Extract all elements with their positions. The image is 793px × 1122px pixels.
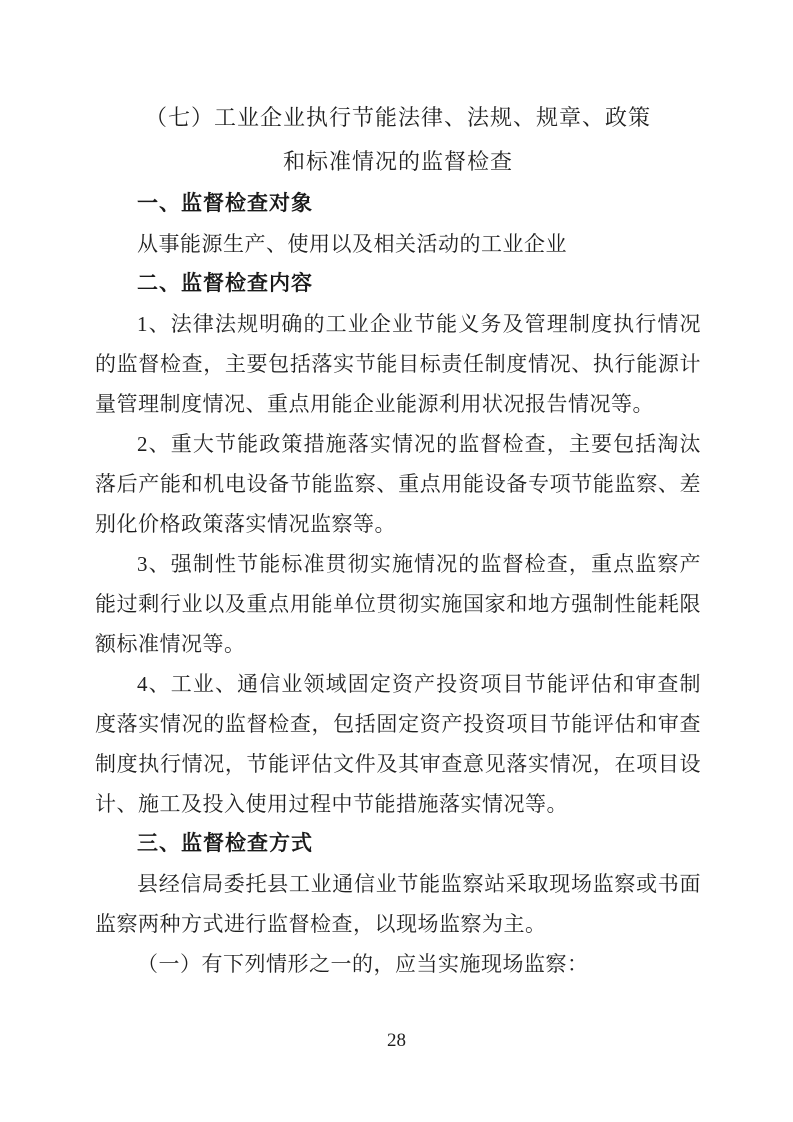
document-title: （七）工业企业执行节能法律、法规、规章、政策 和标准情况的监督检查 <box>95 96 701 184</box>
document-page: （七）工业企业执行节能法律、法规、规章、政策 和标准情况的监督检查 一、监督检查… <box>0 0 793 1122</box>
paragraph: 2、重大节能政策措施落实情况的监督检查，主要包括淘汰落后产能和机电设备节能监察、… <box>95 424 701 544</box>
section-heading: 二、监督检查内容 <box>95 264 701 304</box>
paragraph: 3、强制性节能标准贯彻实施情况的监督检查，重点监察产能过剩行业以及重点用能单位贯… <box>95 544 701 664</box>
section-heading: 一、监督检查对象 <box>95 184 701 224</box>
paragraph: 从事能源生产、使用以及相关活动的工业企业 <box>95 224 701 264</box>
section-heading: 三、监督检查方式 <box>95 824 701 864</box>
document-title-line-2: 和标准情况的监督检查 <box>95 140 701 184</box>
paragraph: 县经信局委托县工业通信业节能监察站采取现场监察或书面监察两种方式进行监督检查，以… <box>95 864 701 944</box>
document-body: 一、监督检查对象从事能源生产、使用以及相关活动的工业企业二、监督检查内容1、法律… <box>95 184 701 984</box>
paragraph: 1、法律法规明确的工业企业节能义务及管理制度执行情况的监督检查，主要包括落实节能… <box>95 304 701 424</box>
page-number: 28 <box>0 1030 793 1052</box>
paragraph: 4、工业、通信业领域固定资产投资项目节能评估和审查制度落实情况的监督检查，包括固… <box>95 664 701 824</box>
document-title-line-1: （七）工业企业执行节能法律、法规、规章、政策 <box>95 96 701 140</box>
paragraph: （一）有下列情形之一的，应当实施现场监察： <box>95 944 701 984</box>
